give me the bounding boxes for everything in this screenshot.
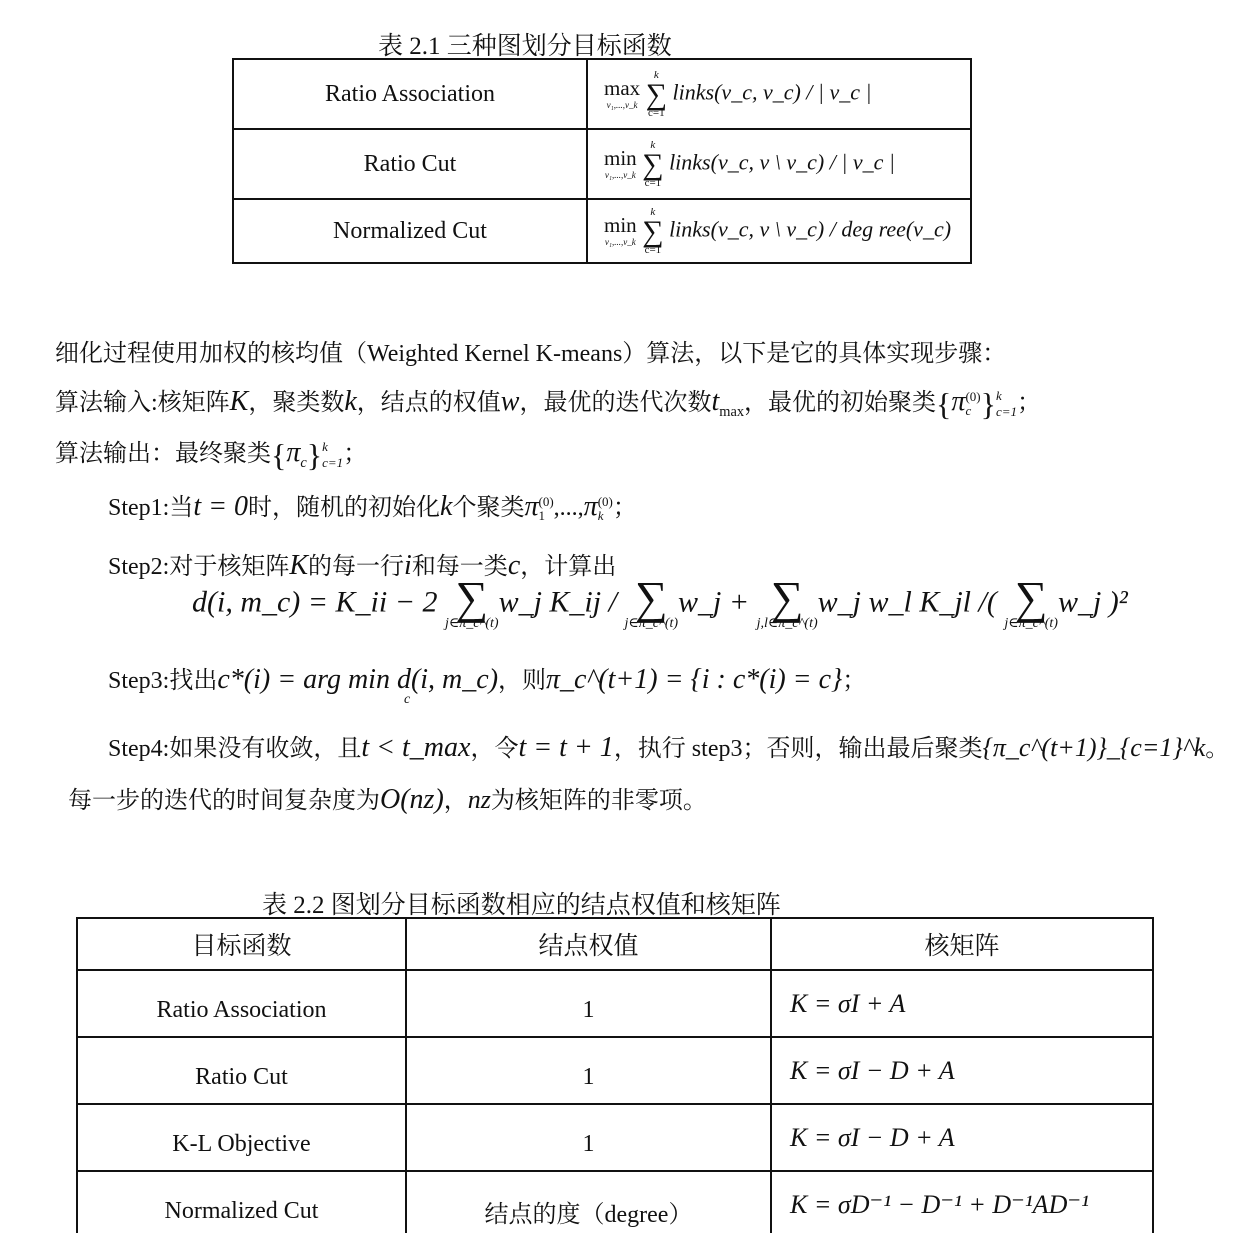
kernel-matrix-table: 目标函数 结点权值 核矩阵 Ratio Association 1 K = σI… bbox=[76, 917, 1154, 1233]
sum-symbol: ∑j∈π_c^(t) bbox=[445, 578, 499, 631]
table2-row: Ratio Association 1 K = σI + A bbox=[77, 970, 1153, 1037]
step4: Step4:如果没有收敛，且t < t_max，令t = t + 1，执行 st… bbox=[108, 728, 1229, 764]
step3: Step3:找出c*(i) = arg min d(i, m_c)，则π_c^(… bbox=[108, 660, 866, 696]
table2-caption: 表 2.2 图划分目标函数相应的结点权值和核矩阵 bbox=[262, 885, 781, 921]
header-weight: 结点权值 bbox=[406, 918, 771, 970]
sum-symbol: k∑c=1 bbox=[642, 140, 663, 189]
table2-row: K-L Objective 1 K = σI − D + A bbox=[77, 1104, 1153, 1171]
step2: Step2:对于核矩阵K的每一行i和每一类c，计算出 bbox=[108, 546, 616, 582]
algorithm-input: 算法输入:核矩阵K，聚类数k，结点的权值w，最优的迭代次数tmax，最优的初始聚… bbox=[55, 382, 1041, 423]
header-kernel: 核矩阵 bbox=[771, 918, 1153, 970]
complexity-note: 每一步的迭代的时间复杂度为O(nz)，nz为核矩阵的非零项。 bbox=[68, 780, 707, 816]
table2-header-row: 目标函数 结点权值 核矩阵 bbox=[77, 918, 1153, 970]
step1: Step1:当t = 0时，随机的初始化k个聚类π(0)1,...,π(0)k； bbox=[108, 487, 637, 524]
sum-symbol: k∑c=1 bbox=[646, 70, 667, 119]
table2-row: Ratio Cut 1 K = σI − D + A bbox=[77, 1037, 1153, 1104]
table1-caption: 表 2.1 三种图划分目标函数 bbox=[378, 26, 672, 62]
sum-symbol: ∑j∈π_c^(t) bbox=[624, 578, 678, 631]
argmin-subscript: c bbox=[404, 692, 410, 708]
sum-symbol: k∑c=1 bbox=[642, 207, 663, 256]
sum-symbol: ∑j,l∈π_c^(t) bbox=[757, 578, 818, 631]
objective-name: Normalized Cut bbox=[233, 199, 587, 263]
table1-row: Ratio Association maxv₁,...,v_k k∑c=1 li… bbox=[233, 59, 971, 129]
header-objective: 目标函数 bbox=[77, 918, 406, 970]
objective-name: Ratio Cut bbox=[233, 129, 587, 199]
objective-formula: maxv₁,...,v_k k∑c=1 links(v_c, v_c) / | … bbox=[587, 59, 971, 129]
objective-name: Ratio Association bbox=[233, 59, 587, 129]
table1-row: Normalized Cut minv₁,...,v_k k∑c=1 links… bbox=[233, 199, 971, 263]
intro-paragraph: 细化过程使用加权的核均值（Weighted Kernel K-means）算法，… bbox=[55, 333, 1006, 368]
table2-row: Normalized Cut 结点的度（degree） K = σD⁻¹ − D… bbox=[77, 1171, 1153, 1233]
algorithm-output: 算法输出：最终聚类{πc}kc=1； bbox=[55, 433, 367, 474]
table1-row: Ratio Cut minv₁,...,v_k k∑c=1 links(v_c,… bbox=[233, 129, 971, 199]
objective-formula: minv₁,...,v_k k∑c=1 links(v_c, v \ v_c) … bbox=[587, 129, 971, 199]
sum-symbol: ∑j∈π_c^(t) bbox=[1004, 578, 1058, 631]
objective-functions-table: Ratio Association maxv₁,...,v_k k∑c=1 li… bbox=[232, 58, 972, 264]
distance-formula: d(i, m_c) = K_ii − 2 ∑j∈π_c^(t)w_j K_ij … bbox=[192, 578, 1128, 631]
objective-formula: minv₁,...,v_k k∑c=1 links(v_c, v \ v_c) … bbox=[587, 199, 971, 263]
